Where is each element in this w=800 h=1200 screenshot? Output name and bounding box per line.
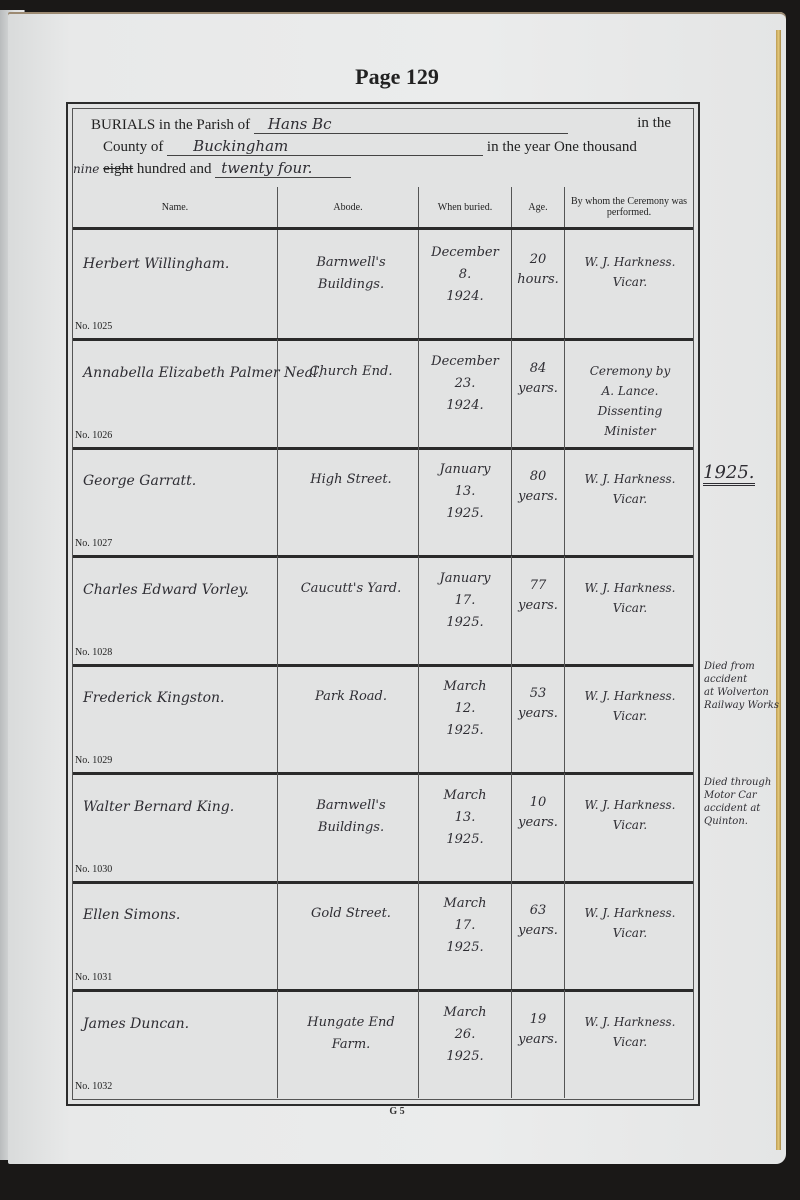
officiant-cell: W. J. Harkness.Vicar. [565,773,693,881]
officiant-line: Vicar. [571,815,689,835]
age-cell: 84years. [512,339,565,447]
officiant-cell: W. J. Harkness.Vicar. [565,664,693,772]
entry-number: No. 1028 [75,647,112,658]
age-part: years. [512,487,564,507]
table-row: Annabella Elizabeth Palmer Neal.No. 1026… [73,339,693,450]
age-part: years. [512,921,564,941]
burial-date-part: 1925. [419,937,511,959]
abode-cell: High Street. [278,447,419,555]
officiant-cell: W. J. Harkness.Vicar. [565,881,693,989]
officiant-cell: W. J. Harkness.Vicar. [565,556,693,664]
officiant-line: W. J. Harkness. [571,252,689,272]
officiant-line: W. J. Harkness. [571,578,689,598]
table-row: George Garratt.No. 1027High Street.Janua… [73,447,693,558]
header-text: in the year One thousand [487,139,637,155]
margin-note-1029: Died fromaccidentat WolvertonRailway Wor… [704,660,779,712]
burial-date-cell: March12.1925. [419,664,512,772]
officiant-cell: W. J. Harkness.Vicar. [565,230,693,338]
abode-cell: Caucutt's Yard. [278,556,419,664]
burial-date-part: 1925. [419,503,511,525]
officiant-cell: W. J. Harkness.Vicar. [565,990,693,1098]
burial-date-part: December [419,351,511,373]
burial-date-part: 1925. [419,829,511,851]
abode: Barnwell's Buildings. [288,795,414,839]
officiant-line: Vicar. [571,272,689,292]
burial-date-part: January [419,568,511,590]
county-field: Buckingham [167,137,483,156]
col-when-buried: When buried. [419,187,512,227]
burial-date-part: 26. [419,1024,511,1046]
burial-date-cell: March17.1925. [419,881,512,989]
age-cell: 53years. [512,664,565,772]
header-text: in the [637,115,671,132]
abode: Church End. [288,361,414,383]
age-part: 80 [512,467,564,487]
register-page: Page 129 BURIALS in the Parish of Hans B… [8,12,786,1164]
column-headers: Name. Abode. When buried. Age. By whom t… [73,187,693,230]
abode-cell: Park Road. [278,664,419,772]
burial-date-cell: March13.1925. [419,773,512,881]
entry-number: No. 1025 [75,321,112,332]
name-cell: Ellen Simons.No. 1031 [73,881,278,989]
officiant-line: W. J. Harkness. [571,1012,689,1032]
abode: Barnwell's Buildings. [288,252,414,296]
age-cell: 77years. [512,556,565,664]
burial-date-part: 12. [419,698,511,720]
age-part: years. [512,596,564,616]
officiant-line: Ceremony by [571,361,689,381]
deceased-name: Charles Edward Vorley. [83,582,249,598]
burial-date-part: March [419,893,511,915]
name-cell: Annabella Elizabeth Palmer Neal.No. 1026 [73,339,278,447]
burial-date-part: March [419,676,511,698]
burial-date-part: 1924. [419,286,511,308]
register-header: BURIALS in the Parish of Hans Bc in the … [73,109,693,183]
table-row: James Duncan.No. 1032Hungate End Farm.Ma… [73,990,693,1098]
officiant-cell: W. J. Harkness.Vicar. [565,447,693,555]
deceased-name: James Duncan. [83,1016,189,1032]
margin-year-note: 1925. [703,462,755,486]
abode: Park Road. [288,686,414,708]
page-title: Page 129 [8,64,786,90]
officiant-line: W. J. Harkness. [571,903,689,923]
officiant-line: Vicar. [571,489,689,509]
age-part: 10 [512,793,564,813]
burial-date-part: 1925. [419,612,511,634]
age-part: years. [512,813,564,833]
age-cell: 63years. [512,881,565,989]
burial-date-part: 17. [419,915,511,937]
header-text: BURIALS in the Parish of [91,117,250,133]
entry-number: No. 1031 [75,972,112,983]
burial-date-part: 13. [419,481,511,503]
abode-cell: Gold Street. [278,881,419,989]
burial-date-part: 1925. [419,720,511,742]
abode-cell: Barnwell's Buildings. [278,773,419,881]
name-cell: Herbert Willingham.No. 1025 [73,230,278,338]
name-cell: Frederick Kingston.No. 1029 [73,664,278,772]
age-part: 20 [512,250,564,270]
entry-number: No. 1032 [75,1081,112,1092]
table-row: Charles Edward Vorley.No. 1028Caucutt's … [73,556,693,667]
burial-date-part: December [419,242,511,264]
age-part: hours. [512,270,564,290]
header-text: County of [103,139,163,155]
burial-date-part: March [419,1002,511,1024]
gilt-page-edge [776,30,781,1150]
age-part: years. [512,379,564,399]
header-text: hundred and [137,161,212,177]
age-cell: 10years. [512,773,565,881]
age-part: years. [512,1030,564,1050]
struck-text: eight [103,161,133,177]
officiant-line: W. J. Harkness. [571,686,689,706]
col-by-whom: By whom the Ceremony was performed. [565,187,693,227]
table-row: Walter Bernard King.No. 1030Barnwell's B… [73,773,693,884]
deceased-name: George Garratt. [83,473,196,489]
year-field: twenty four. [215,159,351,178]
burial-date-part: 1925. [419,1046,511,1068]
signature-mark: G 5 [8,1106,786,1117]
age-part: years. [512,704,564,724]
abode: Gold Street. [288,903,414,925]
burial-date-cell: March26.1925. [419,990,512,1098]
entry-number: No. 1027 [75,538,112,549]
abode: Hungate End Farm. [288,1012,414,1056]
burial-date-part: 1924. [419,395,511,417]
abode-cell: Church End. [278,339,419,447]
entry-number: No. 1026 [75,430,112,441]
abode-cell: Hungate End Farm. [278,990,419,1098]
age-part: 63 [512,901,564,921]
burial-date-part: 13. [419,807,511,829]
age-part: 84 [512,359,564,379]
col-name: Name. [73,187,278,227]
abode: Caucutt's Yard. [288,578,414,600]
age-cell: 80years. [512,447,565,555]
parish-field: Hans Bc [254,115,568,134]
name-cell: Charles Edward Vorley.No. 1028 [73,556,278,664]
burial-date-cell: January13.1925. [419,447,512,555]
name-cell: Walter Bernard King.No. 1030 [73,773,278,881]
burial-date-part: March [419,785,511,807]
officiant-line: Vicar. [571,706,689,726]
entry-number: No. 1029 [75,755,112,766]
entry-number: No. 1030 [75,864,112,875]
officiant-cell: Ceremony byA. Lance.Dissenting Minister [565,339,693,447]
burial-date-part: 17. [419,590,511,612]
deceased-name: Frederick Kingston. [83,690,225,706]
deceased-name: Herbert Willingham. [83,256,229,272]
officiant-line: W. J. Harkness. [571,795,689,815]
officiant-line: A. Lance. [571,381,689,401]
table-row: Ellen Simons.No. 1031Gold Street.March17… [73,881,693,992]
abode: High Street. [288,469,414,491]
officiant-line: W. J. Harkness. [571,469,689,489]
burial-date-part: 23. [419,373,511,395]
age-part: 77 [512,576,564,596]
burial-register-form: BURIALS in the Parish of Hans Bc in the … [66,102,700,1106]
handwritten-correction: nine [73,162,99,176]
officiant-line: Vicar. [571,1032,689,1052]
age-part: 19 [512,1010,564,1030]
age-part: 53 [512,684,564,704]
col-age: Age. [512,187,565,227]
officiant-line: Dissenting Minister [571,401,689,441]
burial-date-part: January [419,459,511,481]
age-cell: 20hours. [512,230,565,338]
margin-note-1030: Died throughMotor Caraccident atQuinton. [704,776,771,828]
table-row: Frederick Kingston.No. 1029Park Road.Mar… [73,664,693,775]
officiant-line: Vicar. [571,598,689,618]
col-abode: Abode. [278,187,419,227]
age-cell: 19years. [512,990,565,1098]
abode-cell: Barnwell's Buildings. [278,230,419,338]
officiant-line: Vicar. [571,923,689,943]
name-cell: George Garratt.No. 1027 [73,447,278,555]
burial-date-part: 8. [419,264,511,286]
deceased-name: Walter Bernard King. [83,799,234,815]
table-row: Herbert Willingham.No. 1025Barnwell's Bu… [73,230,693,341]
burial-date-cell: January17.1925. [419,556,512,664]
burial-date-cell: December23.1924. [419,339,512,447]
name-cell: James Duncan.No. 1032 [73,990,278,1098]
burial-date-cell: December8.1924. [419,230,512,338]
deceased-name: Ellen Simons. [83,907,180,923]
